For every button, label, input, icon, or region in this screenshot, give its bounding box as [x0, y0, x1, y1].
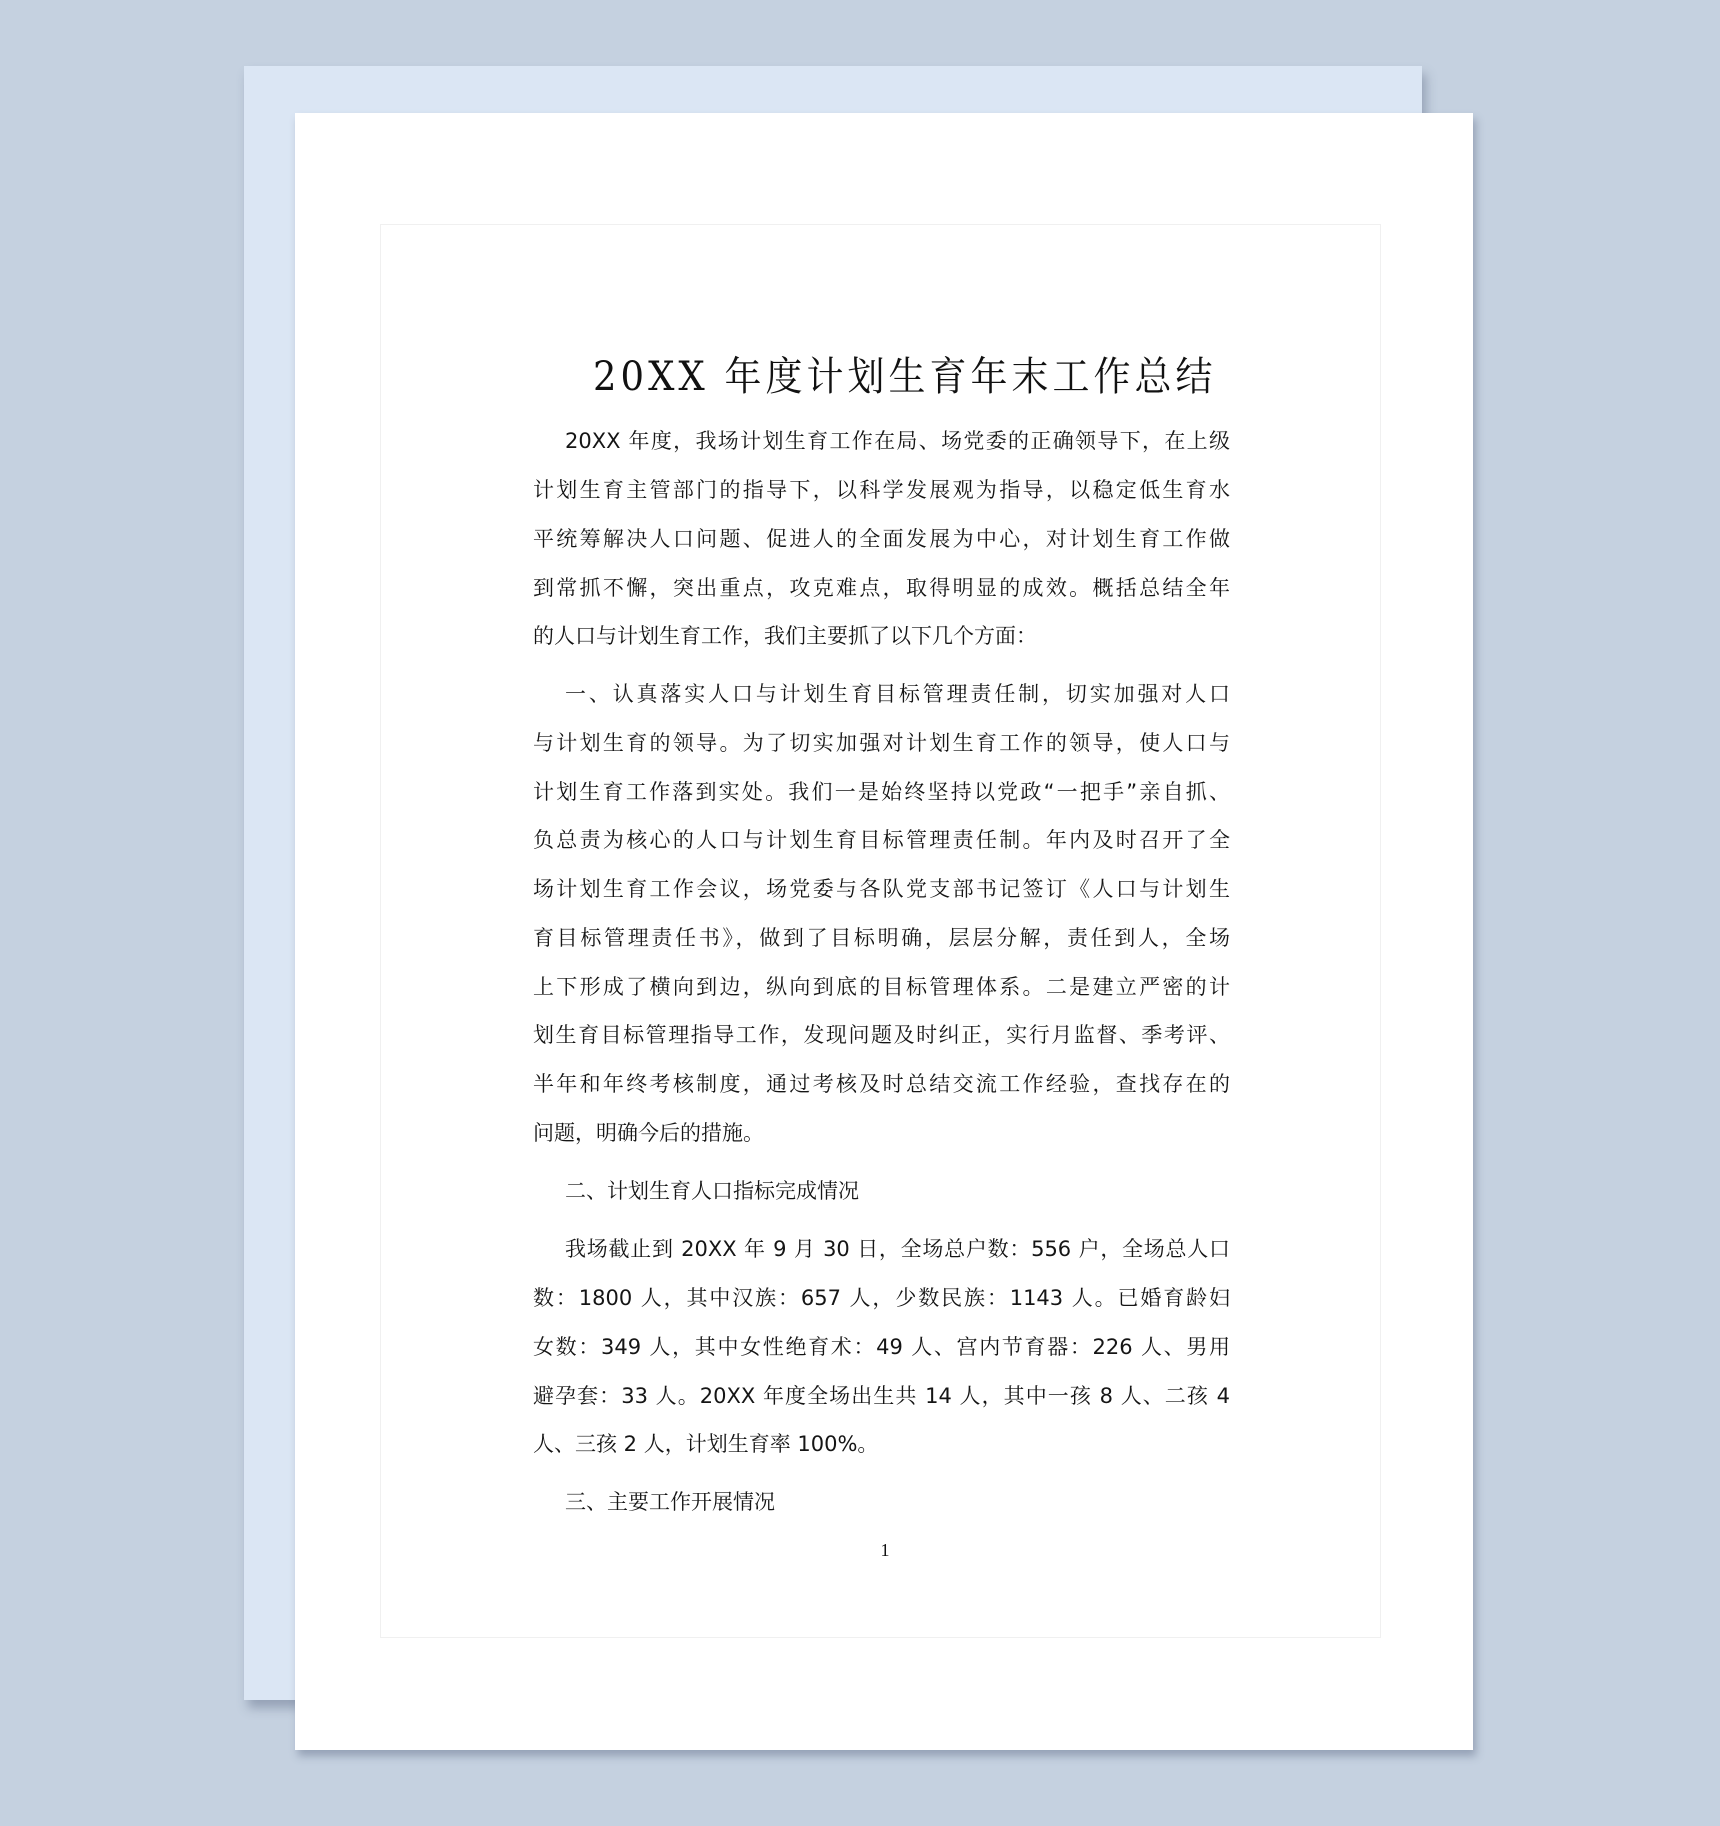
paragraph-2-line-9: 半年和年终考核制度，通过考核及时总结交流工作经验，查找存在的 [533, 1069, 1230, 1099]
paragraph-1-line-3: 平统筹解决人口问题、促进人的全面发展为中心，对计划生育工作做 [533, 524, 1230, 554]
section-heading-2: 二、计划生育人口指标完成情况 [565, 1176, 1230, 1206]
paragraph-2-line-5: 场计划生育工作会议，场党委与各队党支部书记签订《人口与计划生 [533, 874, 1230, 904]
paragraph-3-line-2: 数：1800 人，其中汉族：657 人，少数民族：1143 人。已婚育龄妇 [533, 1283, 1230, 1313]
paragraph-3-line-4: 避孕套：33 人。20XX 年度全场出生共 14 人，其中一孩 8 人、二孩 4 [533, 1381, 1230, 1411]
paragraph-2-line-1: 一、认真落实人口与计划生育目标管理责任制，切实加强对人口 [565, 679, 1230, 709]
document-title: 20XX 年度计划生育年末工作总结 [593, 351, 1233, 403]
paragraph-2-line-3: 计划生育工作落到实处。我们一是始终坚持以党政“一把手”亲自抓、 [533, 777, 1230, 807]
section-heading-3: 三、主要工作开展情况 [565, 1487, 1230, 1517]
paragraph-1-line-2: 计划生育主管部门的指导下，以科学发展观为指导，以稳定低生育水 [533, 475, 1230, 505]
paragraph-2-line-4: 负总责为核心的人口与计划生育目标管理责任制。年内及时召开了全 [533, 825, 1230, 855]
paragraph-2-line-2: 与计划生育的领导。为了切实加强对计划生育工作的领导，使人口与 [533, 728, 1230, 758]
page-number: 1 [875, 1535, 895, 1565]
paragraph-3-line-5: 人、三孩 2 人，计划生育率 100%。 [533, 1429, 1230, 1459]
paragraph-2-line-8: 划生育目标管理指导工作，发现问题及时纠正，实行月监督、季考评、 [533, 1020, 1230, 1050]
paragraph-2-line-7: 上下形成了横向到边，纵向到底的目标管理体系。二是建立严密的计 [533, 972, 1230, 1002]
paragraph-1-line-1: 20XX 年度，我场计划生育工作在局、场党委的正确领导下，在上级 [565, 426, 1230, 456]
paragraph-2-line-6: 育目标管理责任书》，做到了目标明确，层层分解，责任到人，全场 [533, 923, 1230, 953]
paragraph-2-line-10: 问题，明确今后的措施。 [533, 1118, 1230, 1148]
document-page: 20XX 年度计划生育年末工作总结 20XX 年度，我场计划生育工作在局、场党委… [295, 113, 1473, 1750]
paragraph-3-line-3: 女数：349 人，其中女性绝育术：49 人、宫内节育器：226 人、男用 [533, 1332, 1230, 1362]
paragraph-1-line-5: 的人口与计划生育工作，我们主要抓了以下几个方面： [533, 621, 1230, 651]
paragraph-3-line-1: 我场截止到 20XX 年 9 月 30 日，全场总户数：556 户，全场总人口 [565, 1234, 1230, 1264]
paragraph-1-line-4: 到常抓不懈，突出重点，攻克难点，取得明显的成效。概括总结全年 [533, 573, 1230, 603]
